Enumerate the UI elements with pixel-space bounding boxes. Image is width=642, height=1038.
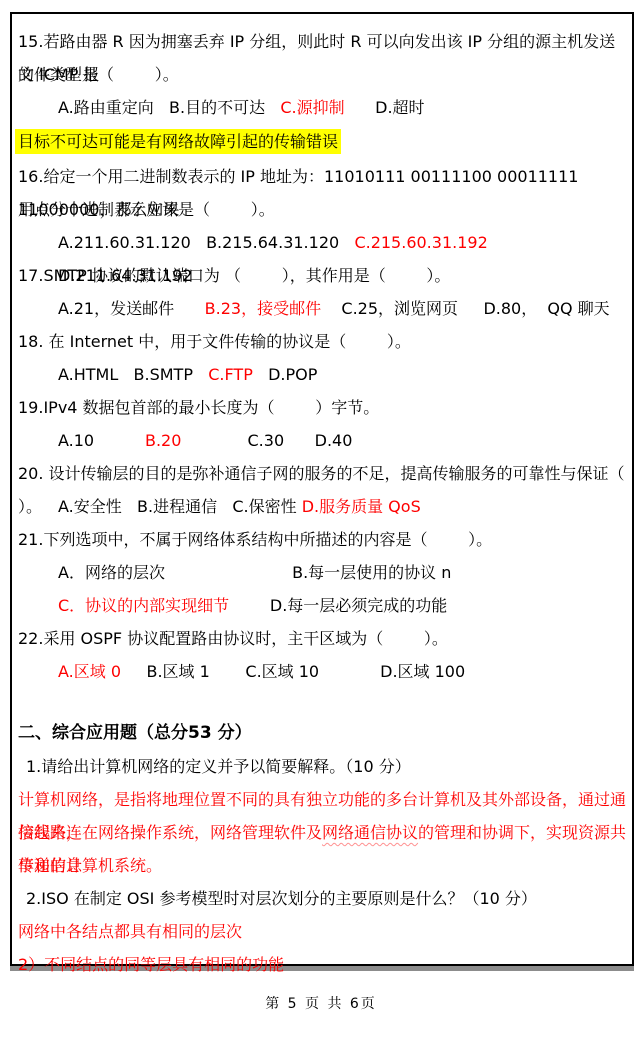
answer-1-line2: 接起来，在网络操作系统，网络管理软件及网络通信协议的管理和协调下，实现资源共享和… <box>18 816 627 849</box>
answer-text: C.215.60.31.192 <box>354 233 487 252</box>
question-21-options-row2: C．协议的内部实现细节 D.每一层必须完成的功能 <box>18 589 627 622</box>
answer-text: 传递的计算机系统。 <box>18 856 162 875</box>
document-text: A.211.60.31.120 B.215.64.31.120 <box>58 233 354 252</box>
question-21: 21.下列选项中，不属于网络体系结构中所描述的内容是（ ）。 <box>18 523 627 556</box>
document-text: 21.下列选项中，不属于网络体系结构中所描述的内容是（ ）。 <box>18 530 492 549</box>
answer-text: 网络中各结点都具有相同的层次 <box>18 922 242 941</box>
subquestion-1: 1.请给出计算机网络的定义并予以简要解释。（10 分） <box>18 750 627 783</box>
answer-text: C．协议的内部实现细节 <box>58 596 229 615</box>
answer-2-line1: 网络中各结点都具有相同的层次 <box>18 915 627 948</box>
document-text: D.超时 <box>345 98 425 117</box>
section-heading: 二、综合应用题（总分53 分） <box>18 717 627 750</box>
document-text: D.POP <box>253 365 318 384</box>
answer-text: A.区域 0 <box>58 662 121 681</box>
question-22: 22.采用 OSPF 协议配置路由协议时，主干区域为（ ）。 <box>18 622 627 655</box>
question-20-options: A.安全性 B.进程通信 C.保密性 D.服务质量 QoS <box>18 490 627 523</box>
question-21-options-row1: A．网络的层次 B.每一层使用的协议 n <box>18 556 627 589</box>
answer-text: B.23，接受邮件 <box>205 299 321 318</box>
highlight-note: 目标不可达可能是有网络故障引起的传输错误 <box>18 124 627 160</box>
answer-text: 2）不同结点的同等层具有相同的功能 <box>18 955 284 974</box>
question-19-options: A.10 B.20 C.30 D.40 <box>18 424 627 457</box>
document-text: C.30 D.40 <box>181 431 352 450</box>
document-text: 文件类型是（ ）。 <box>18 65 179 84</box>
document-text: A．网络的层次 B.每一层使用的协议 n <box>58 563 451 582</box>
document-text: 1.请给出计算机网络的定义并予以简要解释。（10 分） <box>26 757 411 776</box>
document-text: 用点分十进制表示应该是（ ）。 <box>18 200 275 219</box>
question-16-line1: 16.给定一个用二进制数表示的 IP 地址为：11010111 00111100… <box>18 160 627 193</box>
question-20: 20. 设计传输层的目的是弥补通信子网的服务的不足，提高传输服务的可靠性与保证（… <box>18 457 627 490</box>
answer-1-line1: 计算机网络，是指将地理位置不同的具有独立功能的多台计算机及其外部设备，通过通信线… <box>18 783 627 816</box>
document-text: 18. 在 Internet 中，用于文件传输的协议是（ ）。 <box>18 332 411 351</box>
answer-text: 接起来，在网络操作系统，网络管理软件及 <box>18 823 322 842</box>
question-15-options: A.路由重定向 B.目的不可达 C.源抑制 D.超时 <box>18 91 627 124</box>
document-text: A.21，发送邮件 <box>58 299 205 318</box>
document-text: D.每一层必须完成的功能 <box>229 596 447 615</box>
question-17-options: A.21，发送邮件 B.23，接受邮件 C.25，浏览网页 D.80， QQ 聊… <box>18 292 627 325</box>
page-number-footer: 第 5 页 共 6页 <box>0 993 642 1013</box>
answer-1-line3: 传递的计算机系统。 <box>18 849 627 882</box>
document-text: A.安全性 B.进程通信 C.保密性 <box>58 497 302 516</box>
document-text: 22.采用 OSPF 协议配置路由协议时，主干区域为（ ）。 <box>18 629 448 648</box>
document-text: A.路由重定向 B.目的不可达 <box>58 98 280 117</box>
document-text: 2.ISO 在制定 OSI 参考模型时对层次划分的主要原则是什么？（10 分） <box>26 889 537 908</box>
answer-text: C.FTP <box>208 365 253 384</box>
answer-text: B.20 <box>145 431 181 450</box>
question-18-options: A.HTML B.SMTP C.FTP D.POP <box>18 358 627 391</box>
document-text: 19.IPv4 数据包首部的最小长度为（ ）字节。 <box>18 398 379 417</box>
highlighted-text: 目标不可达可能是有网络故障引起的传输错误 <box>18 132 338 151</box>
document-text: B.区域 1 C.区域 10 D.区域 100 <box>121 662 465 681</box>
document-text: C.25，浏览网页 D.80， QQ 聊天 <box>321 299 610 318</box>
question-16-options: A.211.60.31.120 B.215.64.31.120 C.215.60… <box>18 226 627 259</box>
question-16-line2: 用点分十进制表示应该是（ ）。 <box>18 193 627 226</box>
question-19: 19.IPv4 数据包首部的最小长度为（ ）字节。 <box>18 391 627 424</box>
exam-page-border: 15.若路由器 R 因为拥塞丢弃 IP 分组，则此时 R 可以向发出该 IP 分… <box>10 12 634 966</box>
question-15-line1: 15.若路由器 R 因为拥塞丢弃 IP 分组，则此时 R 可以向发出该 IP 分… <box>18 25 627 58</box>
question-17: 17.SMTP 协议的默认端口为 （ ），其作用是（ ）。 <box>18 259 627 292</box>
document-text: A.HTML B.SMTP <box>58 365 208 384</box>
document-text: 17.SMTP 协议的默认端口为 （ ），其作用是（ ）。 <box>18 266 450 285</box>
answer-text: D.服务质量 QoS <box>302 497 421 516</box>
question-18: 18. 在 Internet 中，用于文件传输的协议是（ ）。 <box>18 325 627 358</box>
document-text: 二、综合应用题（总分53 分） <box>18 723 252 743</box>
exam-content: 15.若路由器 R 因为拥塞丢弃 IP 分组，则此时 R 可以向发出该 IP 分… <box>18 25 627 981</box>
question-22-options: A.区域 0 B.区域 1 C.区域 10 D.区域 100 <box>18 655 627 688</box>
answer-text: 网络通信协议 <box>322 823 418 842</box>
document-text: A.10 <box>58 431 145 450</box>
answer-text: C.源抑制 <box>280 98 344 117</box>
question-15-line2: 文件类型是（ ）。 <box>18 58 627 91</box>
section-gap <box>18 688 627 717</box>
answer-2-line2: 2）不同结点的同等层具有相同的功能 <box>18 948 627 981</box>
exam-screenshot: 15.若路由器 R 因为拥塞丢弃 IP 分组，则此时 R 可以向发出该 IP 分… <box>0 0 642 1038</box>
subquestion-2: 2.ISO 在制定 OSI 参考模型时对层次划分的主要原则是什么？（10 分） <box>18 882 627 915</box>
